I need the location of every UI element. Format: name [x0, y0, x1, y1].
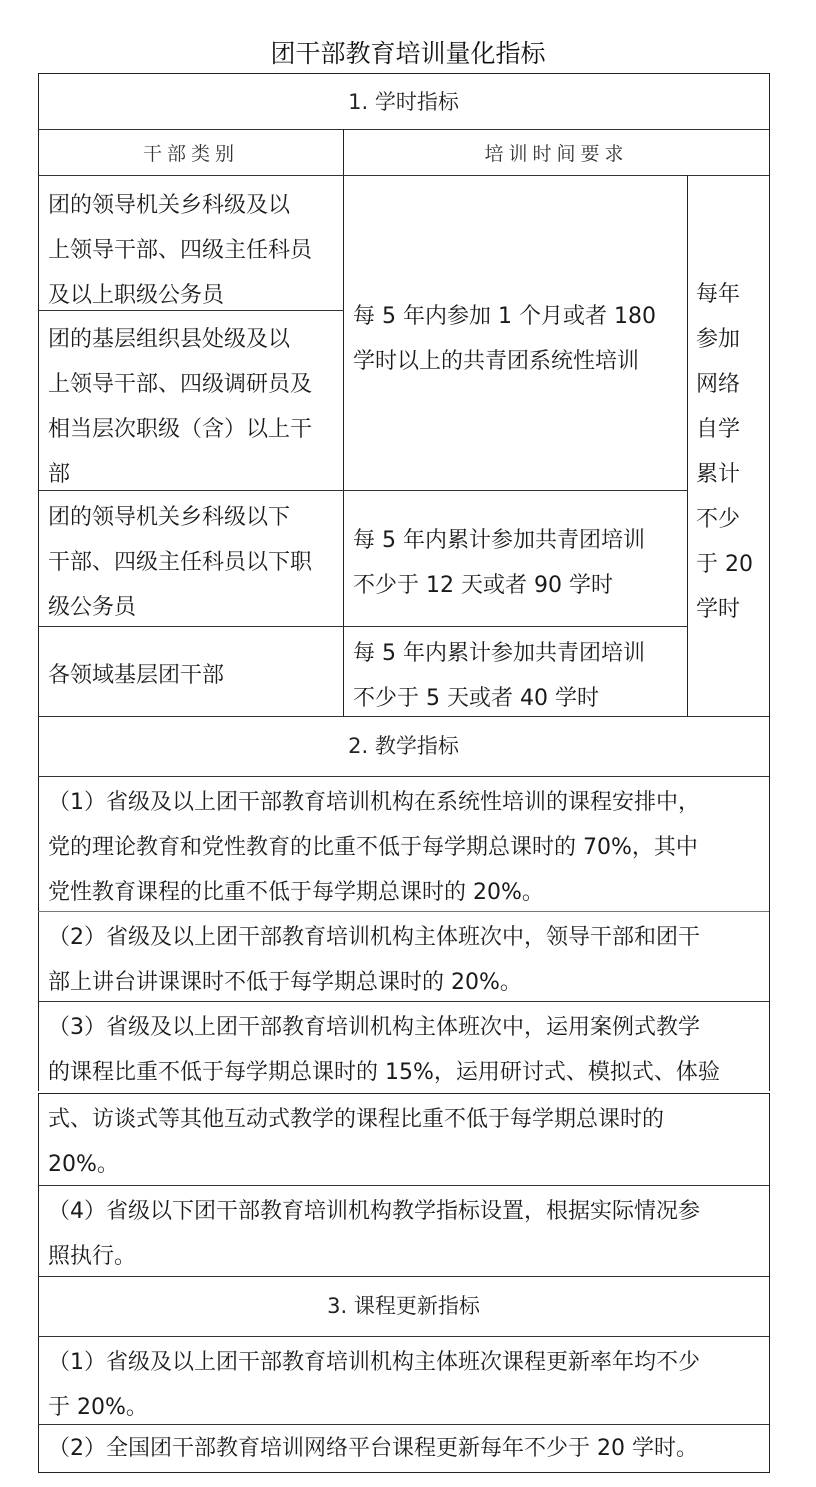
- text-line: 于 20: [696, 542, 756, 587]
- category-cell: 各领域基层团干部: [48, 653, 338, 698]
- divider: [38, 911, 769, 912]
- category-cell: 团的基层组织县处级及以 上领导干部、四级调研员及 相当层次职级（含）以上干 部: [48, 317, 338, 497]
- text-line: 照执行。: [48, 1234, 762, 1279]
- text-line: （1）省级及以上团干部教育培训机构在系统性培训的课程安排中，: [48, 780, 762, 825]
- text-line: 不少于 12 天或者 90 学时: [353, 563, 683, 608]
- text-line: （4）省级以下团干部教育培训机构教学指标设置，根据实际情况参: [48, 1189, 762, 1234]
- text-line: 上领导干部、四级调研员及: [48, 362, 338, 407]
- text-line: 网络: [696, 362, 756, 407]
- text-line: 累计: [696, 452, 756, 497]
- text-line: 学时: [696, 587, 756, 632]
- column-header-requirement: 培训时间要求: [344, 140, 769, 168]
- text-line: 每 5 年内参加 1 个月或者 180: [353, 294, 683, 339]
- section-1-header: 1. 学时指标: [38, 86, 769, 118]
- divider: [38, 626, 688, 627]
- requirement-cell: 每 5 年内累计参加共青团培训 不少于 5 天或者 40 学时: [353, 631, 683, 721]
- course-update-item-1: （1）省级及以上团干部教育培训机构主体班次课程更新率年均不少 于 20%。: [48, 1340, 762, 1430]
- divider: [38, 310, 344, 311]
- text-line: 每年: [696, 272, 756, 317]
- teaching-item-4: （4）省级以下团干部教育培训机构教学指标设置，根据实际情况参 照执行。: [48, 1189, 762, 1279]
- text-line: 级公务员: [48, 585, 338, 630]
- text-line: （3）省级及以上团干部教育培训机构主体班次中，运用案例式教学: [48, 1005, 762, 1050]
- text-line: 干部、四级主任科员以下职: [48, 540, 338, 585]
- divider: [38, 1001, 769, 1002]
- text-line: 上领导干部、四级主任科员: [48, 228, 338, 273]
- teaching-item-3-top: （3）省级及以上团干部教育培训机构主体班次中，运用案例式教学 的课程比重不低于每…: [48, 1005, 762, 1095]
- divider: [38, 1336, 769, 1337]
- text-line: 20%。: [48, 1142, 762, 1187]
- teaching-item-3-bottom: 式、访谈式等其他互动式教学的课程比重不低于每学期总课时的 20%。: [48, 1097, 762, 1187]
- divider: [38, 1424, 769, 1425]
- online-requirement-cell: 每年 参加 网络 自学 累计 不少 于 20 学时: [696, 272, 756, 632]
- document-title: 团干部教育培训量化指标: [0, 38, 816, 70]
- text-line: 参加: [696, 317, 756, 362]
- text-line: 团的基层组织县处级及以: [48, 317, 338, 362]
- category-cell: 团的领导机关乡科级以下 干部、四级主任科员以下职 级公务员: [48, 495, 338, 630]
- divider: [38, 175, 769, 176]
- divider: [38, 129, 769, 130]
- divider: [38, 490, 688, 491]
- section-3-header: 3. 课程更新指标: [38, 1290, 769, 1322]
- column-header-category: 干部类别: [38, 140, 344, 168]
- text-line: 部上讲台讲课课时不低于每学期总课时的 20%。: [48, 960, 762, 1005]
- text-line: 党的理论教育和党性教育的比重不低于每学期总课时的 70%，其中: [48, 825, 762, 870]
- text-line: 各领域基层团干部: [48, 653, 338, 698]
- divider: [687, 175, 688, 716]
- teaching-item-1: （1）省级及以上团干部教育培训机构在系统性培训的课程安排中， 党的理论教育和党性…: [48, 780, 762, 915]
- text-line: 每 5 年内累计参加共青团培训: [353, 518, 683, 563]
- text-line: 学时以上的共青团系统性培训: [353, 339, 683, 384]
- text-line: 不少于 5 天或者 40 学时: [353, 676, 683, 721]
- category-cell: 团的领导机关乡科级及以 上领导干部、四级主任科员 及以上职级公务员: [48, 183, 338, 318]
- divider: [38, 1185, 769, 1186]
- teaching-item-2: （2）省级及以上团干部教育培训机构主体班次中，领导干部和团干 部上讲台讲课课时不…: [48, 915, 762, 1005]
- text-line: 的课程比重不低于每学期总课时的 15%，运用研讨式、模拟式、体验: [48, 1050, 762, 1095]
- text-line: 相当层次职级（含）以上干: [48, 407, 338, 452]
- text-line: 党性教育课程的比重不低于每学期总课时的 20%。: [48, 870, 762, 915]
- course-update-item-2: （2）全国团干部教育培训网络平台课程更新每年不少于 20 学时。: [48, 1426, 762, 1471]
- text-line: （2）全国团干部教育培训网络平台课程更新每年不少于 20 学时。: [48, 1426, 762, 1471]
- divider: [38, 1276, 769, 1277]
- requirement-cell: 每 5 年内参加 1 个月或者 180 学时以上的共青团系统性培训: [353, 294, 683, 384]
- text-line: 自学: [696, 407, 756, 452]
- text-line: 每 5 年内累计参加共青团培训: [353, 631, 683, 676]
- text-line: （2）省级及以上团干部教育培训机构主体班次中，领导干部和团干: [48, 915, 762, 960]
- text-line: 团的领导机关乡科级及以: [48, 183, 338, 228]
- text-line: （1）省级及以上团干部教育培训机构主体班次课程更新率年均不少: [48, 1340, 762, 1385]
- divider: [38, 716, 769, 717]
- divider: [343, 129, 344, 716]
- text-line: 团的领导机关乡科级以下: [48, 495, 338, 540]
- text-line: 不少: [696, 497, 756, 542]
- section-2-header: 2. 教学指标: [38, 730, 769, 762]
- text-line: 及以上职级公务员: [48, 273, 338, 318]
- requirement-cell: 每 5 年内累计参加共青团培训 不少于 12 天或者 90 学时: [353, 518, 683, 608]
- text-line: 式、访谈式等其他互动式教学的课程比重不低于每学期总课时的: [48, 1097, 762, 1142]
- divider: [38, 776, 769, 777]
